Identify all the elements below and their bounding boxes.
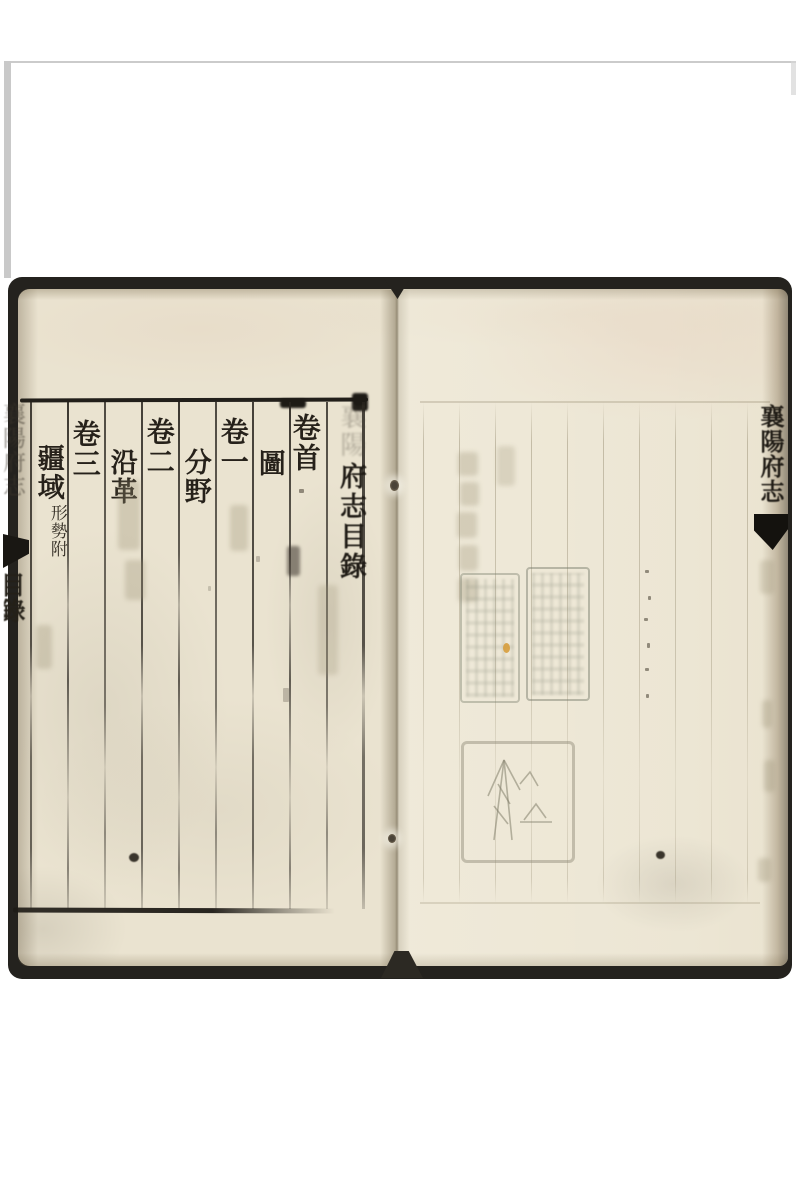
- speck: [644, 618, 648, 621]
- ghost-text-mark: [460, 482, 479, 506]
- toc-entry-item-1: 分野: [180, 448, 210, 512]
- speck: [648, 596, 651, 600]
- toc-entry-volume-2: 卷二: [143, 417, 174, 479]
- toc-entry-item-3: 疆域: [33, 444, 63, 508]
- faint-column-rule: [711, 402, 712, 903]
- seal-square-right: [526, 567, 590, 701]
- ink-smear: [280, 399, 306, 408]
- center-fold-shadow: [380, 290, 410, 966]
- seal-pictorial: [461, 741, 575, 863]
- speck: [283, 688, 289, 702]
- speck: [645, 668, 649, 671]
- right-page: [397, 289, 788, 966]
- wormhole: [656, 851, 665, 859]
- toc-entry-note-3: 形勢附: [47, 504, 65, 564]
- ghost-text-mark: [758, 858, 771, 882]
- book-scan: 襄陽 府志目錄 卷首 圖 卷一 分野 卷二 沿革 卷三 疆域 形勢附 襄陽府志 …: [0, 0, 800, 1191]
- faint-column-rule: [639, 402, 640, 903]
- fold-title-fragment: 襄陽府志: [4, 402, 29, 524]
- toc-entry-volume-3: 卷三: [69, 419, 100, 481]
- speck: [646, 694, 649, 698]
- ghost-text-mark: [457, 512, 477, 538]
- faint-column-rule: [603, 402, 604, 903]
- ghost-text-mark: [764, 760, 775, 792]
- ghost-text-mark: [762, 700, 772, 728]
- ghost-text-mark: [125, 560, 145, 600]
- toc-title-faint: 襄陽: [333, 403, 370, 461]
- seal-pattern: [466, 579, 514, 697]
- wormhole: [129, 853, 139, 862]
- speck: [208, 586, 211, 591]
- speck: [645, 570, 649, 573]
- ghost-text-mark: [760, 560, 774, 594]
- ghost-text-mark: [318, 585, 338, 675]
- scanbed-top-line: [4, 61, 796, 63]
- scanbed-left-strip: [4, 61, 11, 278]
- ghost-text-mark: [458, 452, 478, 476]
- ghost-text-mark: [230, 505, 248, 551]
- faint-column-rule: [675, 402, 676, 903]
- stitch-hole: [388, 834, 396, 843]
- center-fold-line: [396, 292, 398, 964]
- ghost-text-mark: [497, 446, 515, 486]
- faint-frame-bottom: [420, 902, 760, 904]
- faint-frame-top: [420, 401, 770, 403]
- fold-section-label: 目錄: [4, 572, 29, 636]
- toc-title: 府志目錄: [331, 462, 370, 604]
- speck: [299, 489, 304, 493]
- toc-entry-volume-0: 卷首: [289, 413, 320, 479]
- faint-column-rule: [747, 402, 748, 903]
- speck: [647, 643, 650, 648]
- spine-title: 襄陽府志: [756, 404, 788, 510]
- ghost-text-mark: [36, 625, 52, 669]
- speck: [256, 556, 260, 562]
- seal-orange-mark: [503, 643, 510, 653]
- toc-entry-item-0: 圖: [254, 449, 284, 485]
- seal-pictorial-drawing: [464, 744, 566, 854]
- stitch-hole: [390, 480, 399, 491]
- toc-entry-volume-1: 卷一: [217, 417, 248, 479]
- seal-square-left: [460, 573, 520, 703]
- scanbed-right-strip: [791, 61, 796, 95]
- seal-pattern: [532, 573, 584, 695]
- ghost-text-mark: [459, 545, 478, 571]
- ghost-text-mark: [118, 480, 140, 550]
- ink-smudge: [287, 546, 300, 576]
- faint-column-rule: [423, 402, 424, 903]
- column-rule: [30, 402, 32, 909]
